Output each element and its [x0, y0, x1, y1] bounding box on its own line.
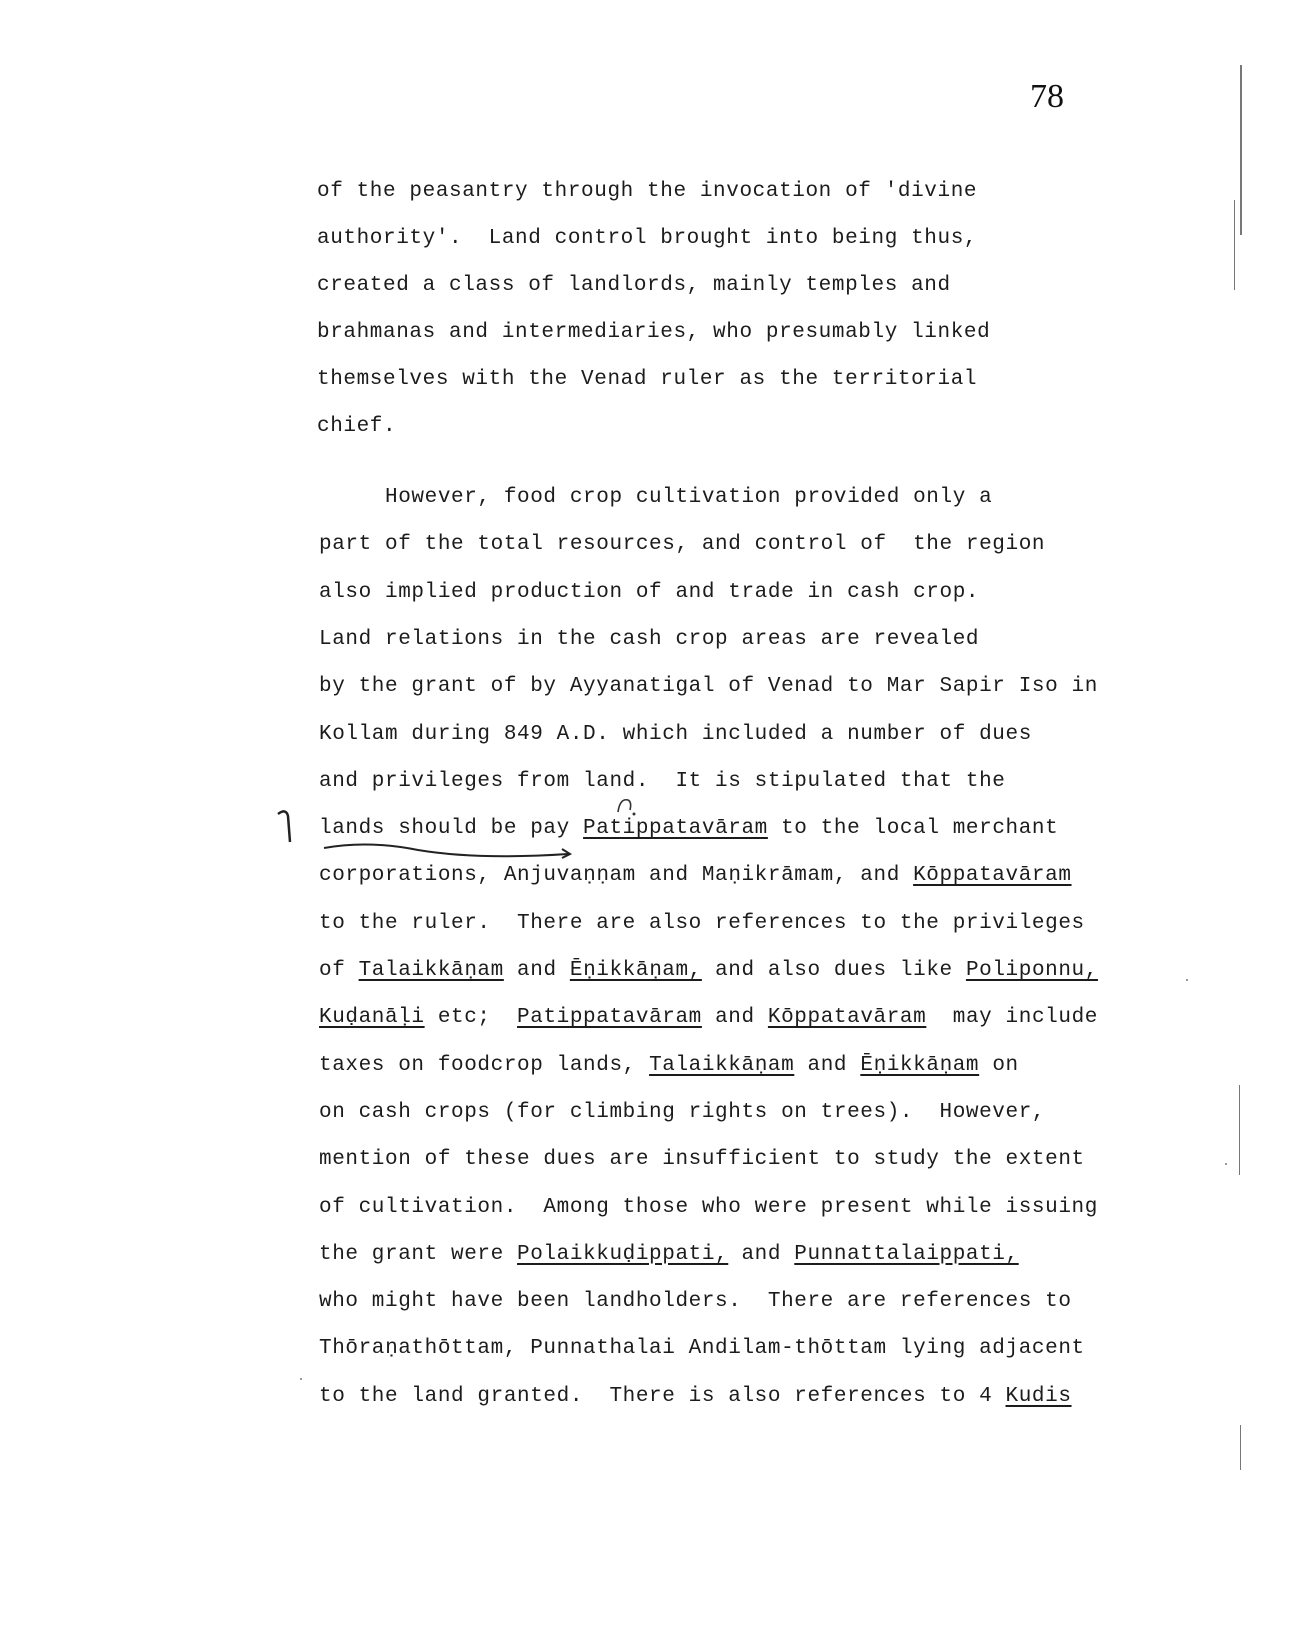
text-line: to the land granted. There is also refer… — [319, 1385, 1072, 1408]
text-line: themselves with the Venad ruler as the t… — [317, 368, 977, 391]
text-segment: to the ruler. There are also references … — [319, 912, 1085, 935]
text-segment: the grant were — [319, 1243, 517, 1266]
text-segment: who might have been landholders. There a… — [319, 1290, 1072, 1313]
text-segment: Thōraṇathōttam, Punnathalai Andilam-thōt… — [319, 1337, 1085, 1360]
text-segment: created a class of landlords, mainly tem… — [317, 274, 951, 297]
text-line: brahmanas and intermediaries, who presum… — [317, 321, 990, 344]
text-segment: by the grant of by Ayyanatigal of Venad … — [319, 675, 1098, 698]
text-segment: and — [702, 1006, 768, 1029]
scan-speck — [1186, 979, 1188, 981]
text-line: to the ruler. There are also references … — [319, 912, 1085, 935]
underlined-term: Patippatavāram — [517, 1006, 702, 1029]
text-segment: of — [319, 959, 359, 982]
handwritten-bracket-mark — [276, 808, 296, 848]
underlined-term: Polaikkuḍippati, — [517, 1243, 728, 1266]
handwritten-correction-mark — [612, 794, 642, 818]
text-segment: brahmanas and intermediaries, who presum… — [317, 321, 990, 344]
underlined-term: Kuḍanāḷi — [319, 1006, 425, 1029]
text-line: by the grant of by Ayyanatigal of Venad … — [319, 675, 1098, 698]
text-segment: Land relations in the cash crop areas ar… — [319, 628, 979, 651]
underlined-term: Ēṇikkāṇam — [860, 1054, 979, 1077]
text-line: and privileges from land. It is stipulat… — [319, 770, 1006, 793]
text-line: of the peasantry through the invocation … — [317, 180, 977, 203]
text-line: Kollam during 849 A.D. which included a … — [319, 723, 1032, 746]
text-line: However, food crop cultivation provided … — [319, 486, 992, 509]
text-segment: However, food crop cultivation provided … — [319, 486, 992, 509]
text-line: lands should be pay Patippatavāram to th… — [319, 817, 1058, 840]
page-number: 78 — [1030, 78, 1064, 116]
text-segment: of the peasantry through the invocation … — [317, 180, 977, 203]
text-segment: taxes on foodcrop lands, — [319, 1054, 649, 1077]
text-line: corporations, Anjuvaṇṇam and Maṇikrāmam,… — [319, 864, 1072, 887]
text-segment: and — [728, 1243, 794, 1266]
text-line: the grant were Polaikkuḍippati, and Punn… — [319, 1243, 1019, 1266]
text-line: Land relations in the cash crop areas ar… — [319, 628, 979, 651]
text-segment: themselves with the Venad ruler as the t… — [317, 368, 977, 391]
text-segment: and — [504, 959, 570, 982]
text-segment: chief. — [317, 415, 396, 438]
text-line: created a class of landlords, mainly tem… — [317, 274, 951, 297]
text-segment: may include — [926, 1006, 1098, 1029]
text-segment: etc; — [425, 1006, 517, 1029]
text-segment: Kollam during 849 A.D. which included a … — [319, 723, 1032, 746]
underlined-term: Talaikkāṇam — [649, 1054, 794, 1077]
text-segment: and also dues like — [702, 959, 966, 982]
text-segment: on — [979, 1054, 1019, 1077]
scan-speck — [1225, 1163, 1227, 1165]
text-segment: and privileges from land. It is stipulat… — [319, 770, 1006, 793]
underlined-term: Talaikkāṇam — [359, 959, 504, 982]
text-segment: also implied production of and trade in … — [319, 581, 979, 604]
underlined-term: Kudis — [1006, 1385, 1072, 1408]
scan-edge-line — [1239, 1085, 1240, 1175]
text-line: mention of these dues are insufficient t… — [319, 1148, 1085, 1171]
text-line: who might have been landholders. There a… — [319, 1290, 1072, 1313]
text-segment: and — [794, 1054, 860, 1077]
underlined-term: Punnattalaippati, — [794, 1243, 1018, 1266]
text-segment: to the land granted. There is also refer… — [319, 1385, 1006, 1408]
text-line: Kuḍanāḷi etc; Patippatavāram and Kōppata… — [319, 1006, 1098, 1029]
text-line: of Talaikkāṇam and Ēṇikkāṇam, and also d… — [319, 959, 1098, 982]
text-line: of cultivation. Among those who were pre… — [319, 1196, 1098, 1219]
text-line: authority'. Land control brought into be… — [317, 227, 977, 250]
text-line: part of the total resources, and control… — [319, 533, 1045, 556]
scan-edge-line — [1240, 65, 1242, 235]
underlined-term: Patippatavāram — [583, 817, 768, 840]
text-segment: part of the total resources, and control… — [319, 533, 1045, 556]
text-line: Thōraṇathōttam, Punnathalai Andilam-thōt… — [319, 1337, 1085, 1360]
text-line: chief. — [317, 415, 396, 438]
underlined-term: Kōppatavāram — [768, 1006, 926, 1029]
text-segment: corporations, Anjuvaṇṇam and Maṇikrāmam,… — [319, 864, 913, 887]
scan-edge-line — [1240, 1425, 1241, 1470]
text-segment: lands should be pay — [319, 817, 583, 840]
text-line: on cash crops (for climbing rights on tr… — [319, 1101, 1045, 1124]
text-line: taxes on foodcrop lands, Talaikkāṇam and… — [319, 1054, 1019, 1077]
scan-edge-line — [1234, 200, 1235, 290]
underlined-term: Ēṇikkāṇam, — [570, 959, 702, 982]
underlined-term: Poliponnu, — [966, 959, 1098, 982]
scan-speck — [300, 1378, 302, 1380]
text-segment: mention of these dues are insufficient t… — [319, 1148, 1085, 1171]
text-segment: of cultivation. Among those who were pre… — [319, 1196, 1098, 1219]
underlined-term: Kōppatavāram — [913, 864, 1071, 887]
text-segment: on cash crops (for climbing rights on tr… — [319, 1101, 1045, 1124]
text-segment: authority'. Land control brought into be… — [317, 227, 977, 250]
handwritten-underline-arrow — [318, 838, 578, 862]
text-line: also implied production of and trade in … — [319, 581, 979, 604]
text-segment: to the local merchant — [768, 817, 1058, 840]
